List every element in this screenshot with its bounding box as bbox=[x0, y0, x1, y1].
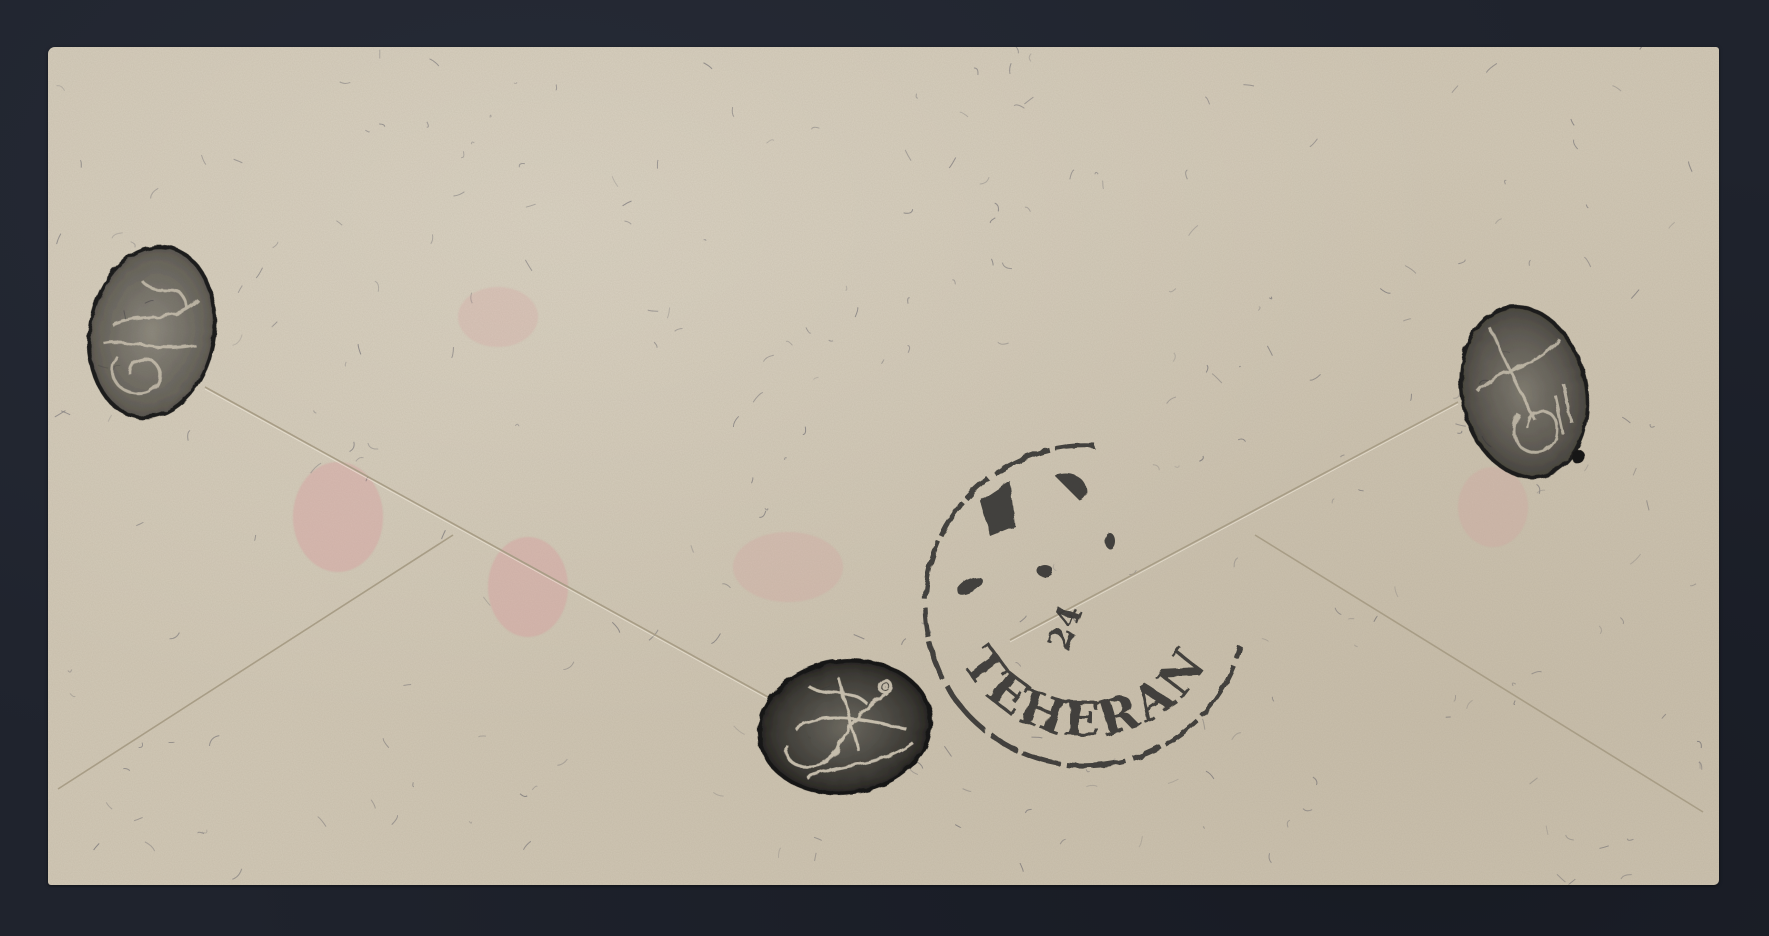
envelope-back: TEHERAN 24 bbox=[48, 47, 1719, 885]
envelope-artwork: TEHERAN 24 bbox=[48, 47, 1719, 885]
